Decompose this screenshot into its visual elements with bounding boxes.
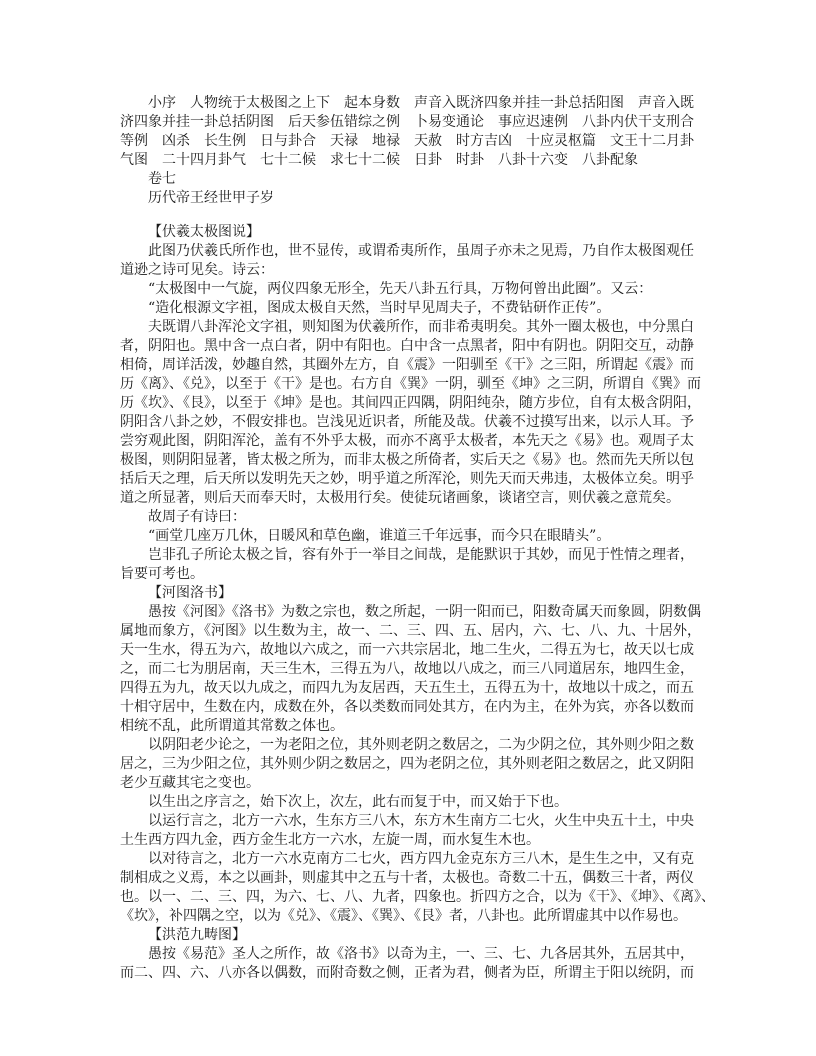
paragraph-line: “画堂几座万几休，日暖风和草色幽，谁道三千年远事，而今只在眼睛头”。 bbox=[120, 527, 700, 546]
document-page: 小序 人物统于太极图之上下 起本身数 声音入既济四象并挂一卦总括阳图 声音入既 … bbox=[120, 94, 700, 983]
paragraph-line: 相统不乱，此所谓道其常数之体也。 bbox=[120, 717, 700, 736]
paragraph-line: 而二、四、六、八亦各以偶数，而附奇数之侧，正者为君，侧者为臣，所谓主于阳以统阴，… bbox=[120, 964, 700, 983]
paragraph-line: 以对待言之，北方一六水克南方二七火，西方四九金克东方三八木，是生生之中，又有克 bbox=[120, 850, 700, 869]
paragraph-line: 历《离》、《兑》，以至于《干》是也。右方自《巽》一阴，驯至《坤》之三阴，所谓自《… bbox=[120, 375, 700, 394]
paragraph-line: 者，阴阳也。黑中含一点白者，阴中有阳也。白中含一点黑者，阳中有阴也。阴阳交互，动… bbox=[120, 337, 700, 356]
paragraph-line: 道之所显著，则后天而奉天时，太极用行矣。使徒玩诸画象，谈诸空言，则伏羲之意荒矣。 bbox=[120, 489, 700, 508]
paragraph-line: 极图，则阴阳显著，皆太极之所为，而非太极之所倚者，实后天之《易》也。然而先天所以… bbox=[120, 451, 700, 470]
paragraph-line: “造化根源文字祖，图成太极自天然，当时早见周夫子，不费钻研作正传”。 bbox=[120, 299, 700, 318]
table-of-contents: 小序 人物统于太极图之上下 起本身数 声音入既济四象并挂一卦总括阳图 声音入既 … bbox=[120, 94, 700, 170]
paragraph-line: 此图乃伏羲氏所作也，世不显传，或谓希夷所作，虽周子亦未之见焉，乃自作太极图观任 bbox=[120, 242, 700, 261]
section: 【河图洛书】愚按《河图》《洛书》为数之宗也，数之所起，一阴一阳而已，阳数奇属天而… bbox=[120, 584, 700, 926]
paragraph-line: 土生西方四九金，西方金生北方一六水，左旋一周，而水复生木也。 bbox=[120, 831, 700, 850]
section-heading: 【河图洛书】 bbox=[120, 584, 700, 603]
paragraph-line: 旨要可考也。 bbox=[120, 565, 700, 584]
section: 【伏羲太极图说】此图乃伏羲氏所作也，世不显传，或谓希夷所作，虽周子亦未之见焉，乃… bbox=[120, 223, 700, 584]
paragraph-line: 以阴阳老少论之，一为老阳之位，其外则老阴之数居之，二为少阴之位，其外则少阳之数 bbox=[120, 736, 700, 755]
paragraph-line: 愚按《河图》《洛书》为数之宗也，数之所起，一阴一阳而已，阳数奇属天而象圆，阴数偶 bbox=[120, 603, 700, 622]
paragraph-line: 阴阳含八卦之妙，不假安排也。岂浅见近识者，所能及哉。伏羲不过摸写出来，以示人耳。… bbox=[120, 413, 700, 432]
toc-line: 气图 二十四月卦气 七十二候 求七十二候 日卦 时卦 八卦十六变 八卦配象 bbox=[120, 151, 700, 170]
paragraph-line: 尝穷观此图，阴阳浑沦，盖有不外乎太极，而亦不离乎太极者，本先天之《易》也。观周子… bbox=[120, 432, 700, 451]
toc-line: 等例 凶杀 长生例 日与卦合 天禄 地禄 天赦 时方吉凶 十应灵枢篇 文王十二月… bbox=[120, 132, 700, 151]
section-heading: 【伏羲太极图说】 bbox=[120, 223, 700, 242]
toc-line: 济四象并挂一卦总括阴图 后天参伍错综之例 卜易变通论 事应迟速例 八卦内伏干支刑… bbox=[120, 113, 700, 132]
section: 【洪范九畴图】愚按《易范》圣人之所作，故《洛书》以奇为主，一、三、七、九各居其外… bbox=[120, 926, 700, 983]
paragraph-line: 十相守居中，生数在内，成数在外，各以类数而同处其方，在内为主，在外为宾，亦各以数… bbox=[120, 698, 700, 717]
paragraph-line: 相倚，周详活泼，妙趣自然，其圈外左方，自《震》一阳驯至《干》之三阳，所谓起《震》… bbox=[120, 356, 700, 375]
paragraph-line: “太极图中一气旋，两仪四象无形全，先天八卦五行具，万物何曾出此圈”。又云： bbox=[120, 280, 700, 299]
paragraph-line: 故周子有诗曰： bbox=[120, 508, 700, 527]
blank-line bbox=[120, 208, 700, 223]
paragraph-line: 愚按《易范》圣人之所作，故《洛书》以奇为主，一、三、七、九各居其外，五居其中， bbox=[120, 945, 700, 964]
paragraph-line: 以运行言之，北方一六水，生东方三八木，东方木生南方二七火，火生中央五十土，中央 bbox=[120, 812, 700, 831]
paragraph-line: 天一生水，得五为六，故地以六成之，而一六共宗居北，地二生火，二得五为七，故天以七… bbox=[120, 641, 700, 660]
paragraph-line: 《坎》，补四隅之空，以为《兑》、《震》、《巽》、《艮》者，八卦也。此所谓虚其中以… bbox=[120, 907, 700, 926]
paragraph-line: 以生出之序言之，始下次上，次左，此右而复于中，而又始于下也。 bbox=[120, 793, 700, 812]
paragraph-line: 属地而象方，《河图》以生数为主，故一、二、三、四、五、居内，六、七、八、九、十居… bbox=[120, 622, 700, 641]
paragraph-line: 居之，三为少阳之位，其外则少阴之数居之，四为老阴之位，其外则老阳之数居之，此又阴… bbox=[120, 755, 700, 774]
paragraph-line: 夫既谓八卦浑沦文字祖，则知图为伏羲所作，而非希夷明矣。其外一圈太极也，中分黑白 bbox=[120, 318, 700, 337]
paragraph-line: 四得五为九，故天以九成之，而四九为友居西，天五生土，五得五为十，故地以十成之，而… bbox=[120, 679, 700, 698]
sections-container: 【伏羲太极图说】此图乃伏羲氏所作也，世不显传，或谓希夷所作，虽周子亦未之见焉，乃… bbox=[120, 223, 700, 983]
paragraph-line: 也。以一、二、三、四，为六、七、八、九者，四象也。折四方之合，以为《干》、《坤》… bbox=[120, 888, 700, 907]
paragraph-line: 岂非孔子所论太极之旨，容有外于一举目之间哉，是能默识于其妙，而见于性情之理者， bbox=[120, 546, 700, 565]
toc-line: 小序 人物统于太极图之上下 起本身数 声音入既济四象并挂一卦总括阳图 声音入既 bbox=[120, 94, 700, 113]
chapter-title: 历代帝王经世甲子岁 bbox=[120, 189, 700, 208]
paragraph-line: 历《坎》、《艮》，以至于《坤》是也。其间四正四隅，阴阳纯杂，随方步位，自有太极含… bbox=[120, 394, 700, 413]
paragraph-line: 道逊之诗可见矣。诗云： bbox=[120, 261, 700, 280]
paragraph-line: 老少互藏其宅之变也。 bbox=[120, 774, 700, 793]
paragraph-line: 制相成之义焉，本之以画卦，则虚其中之五与十者，太极也。奇数二十五，偶数三十者，两… bbox=[120, 869, 700, 888]
section-heading: 【洪范九畴图】 bbox=[120, 926, 700, 945]
volume-title: 卷七 bbox=[120, 170, 700, 189]
paragraph-line: 括后天之理，后天所以发明先天之妙，明乎道之所浑沦，则先天而天弗违，太极体立矣。明… bbox=[120, 470, 700, 489]
paragraph-line: 之，而二七为朋居南，天三生木，三得五为八，故地以八成之，而三八同道居东，地四生金… bbox=[120, 660, 700, 679]
